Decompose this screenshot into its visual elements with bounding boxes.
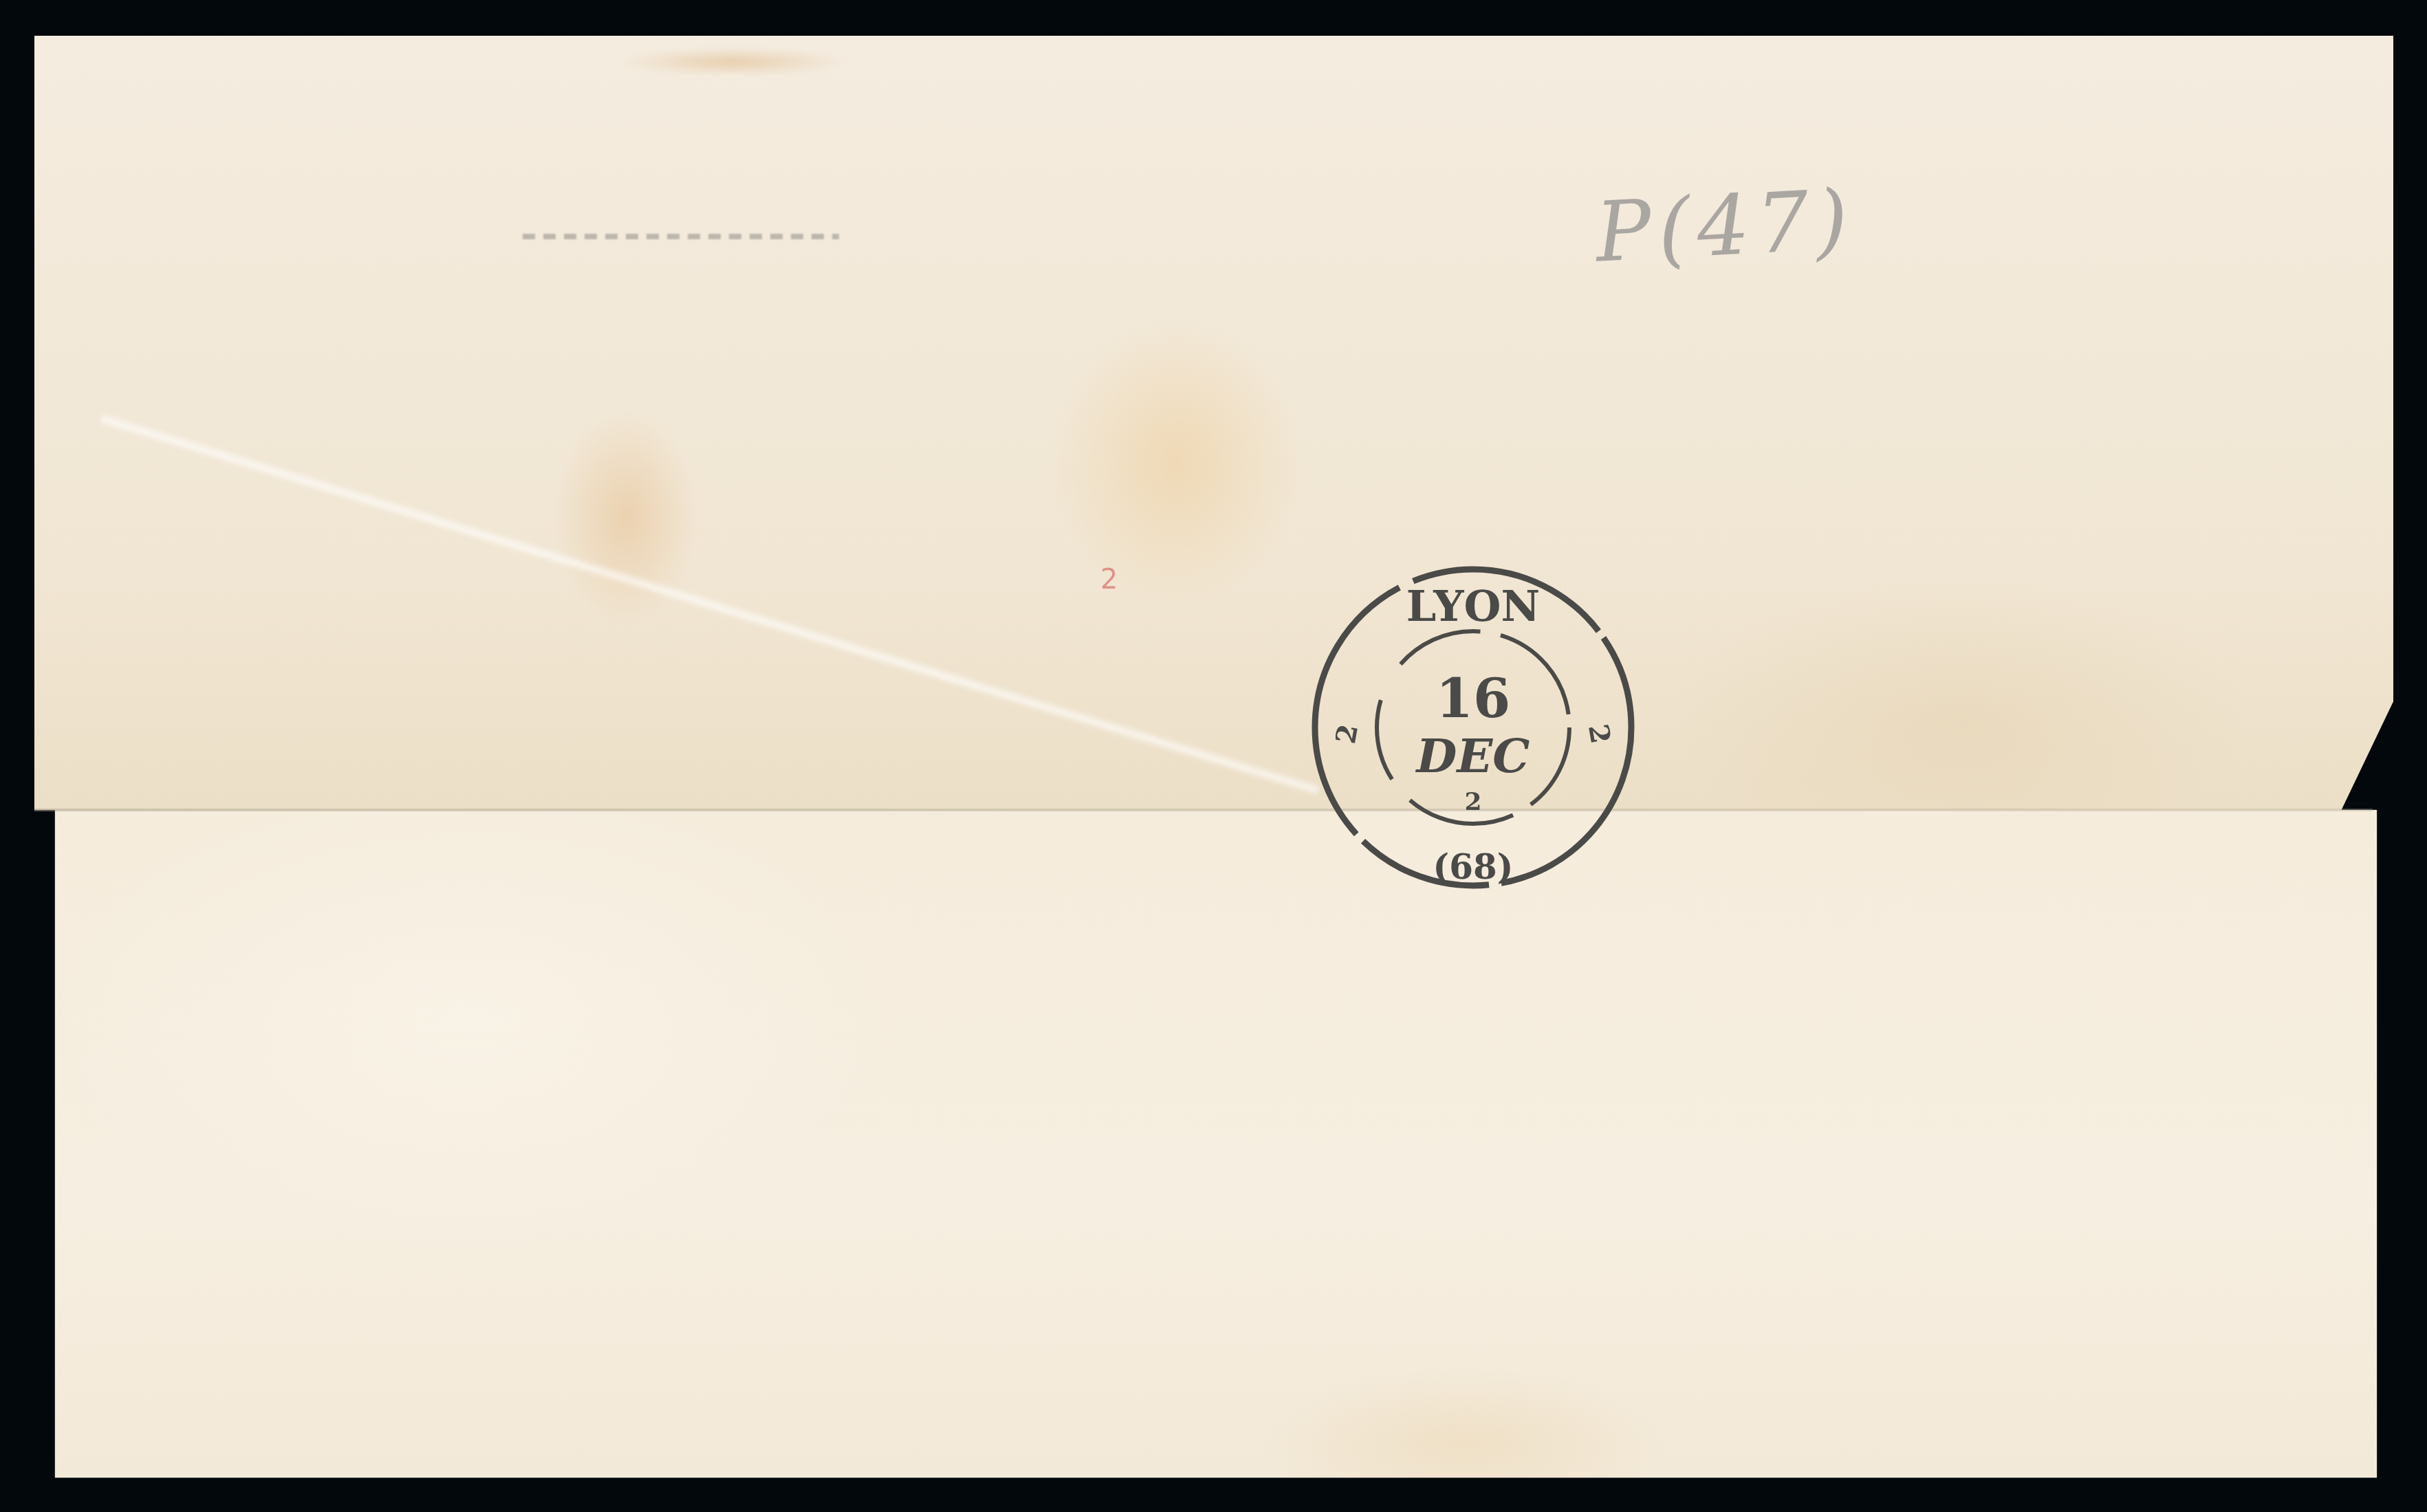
postmark-day: 16 bbox=[1436, 668, 1511, 730]
postmark-year: 2 bbox=[1464, 787, 1481, 816]
postmark-department: (68) bbox=[1433, 846, 1514, 887]
fold-line bbox=[34, 809, 2373, 811]
pencil-notation: P(47) bbox=[1593, 172, 1858, 281]
lyon-postmark: LYON 16 DEC 2 2 2 (68) bbox=[1301, 556, 1645, 899]
letter-lower-panel bbox=[55, 810, 2377, 1478]
postmark-icon: LYON 16 DEC 2 2 2 (68) bbox=[1301, 556, 1645, 899]
letter-folded-flap bbox=[34, 36, 2393, 810]
postmark-side-left: 2 bbox=[1329, 722, 1364, 747]
postmark-month: DEC bbox=[1415, 729, 1530, 784]
postmark-side-right: 2 bbox=[1582, 722, 1617, 747]
offset-ink-trace bbox=[523, 234, 839, 239]
foxing-stain bbox=[619, 48, 846, 76]
red-pencil-mark: 2 bbox=[1100, 564, 1118, 595]
letter-cover: P(47) 2 LYON 16 DEC 2 2 2 (68) bbox=[0, 0, 2427, 1512]
postmark-town: LYON bbox=[1406, 581, 1541, 631]
